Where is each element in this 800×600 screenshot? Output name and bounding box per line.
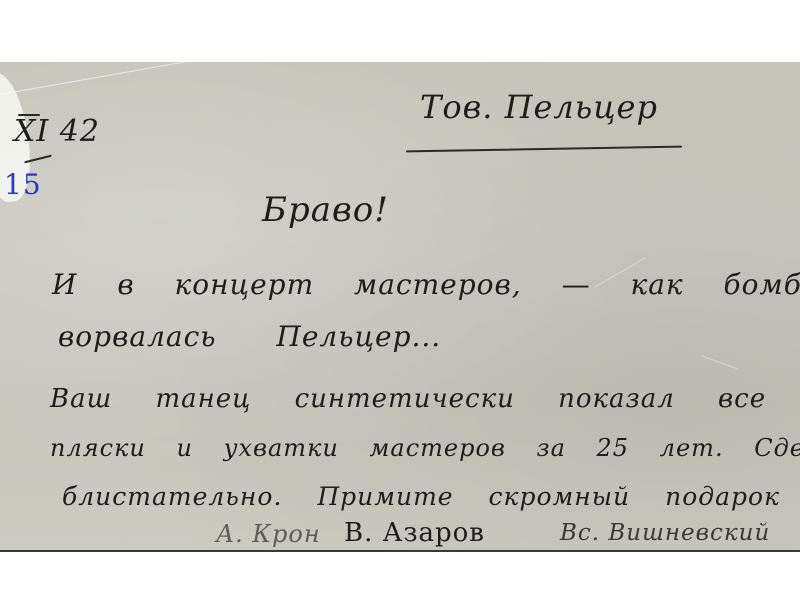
signature-vishnevsky: Вс. Вишневский — [560, 520, 770, 546]
paper-scratch — [701, 355, 739, 370]
body-line-3: Ваш танец синтетически показал все — [50, 384, 766, 414]
heading: Браво! — [262, 190, 389, 230]
body-line-2: ворвалась Пельцер... — [58, 320, 441, 353]
body-line-1: И в концерт мастеров, — как бомба — [52, 268, 800, 301]
body-line-5: блистательно. Примите скромный подарок — [62, 482, 780, 511]
corner-number: 15 — [4, 168, 42, 201]
addressee: Тов. Пельцер — [420, 88, 658, 126]
corner-date: XI 42 — [14, 114, 100, 149]
paper-crease — [0, 62, 197, 95]
body-line-4: пляски и ухватки мастеров за 25 лет. Сде… — [50, 434, 800, 462]
note-photograph: XI 42 15 Тов. Пельцер Браво! И в концерт… — [0, 62, 800, 552]
signature-azarov: В. Азаров — [344, 518, 485, 548]
signature-kron: А. Крон — [216, 520, 321, 548]
addressee-underline — [406, 146, 682, 153]
